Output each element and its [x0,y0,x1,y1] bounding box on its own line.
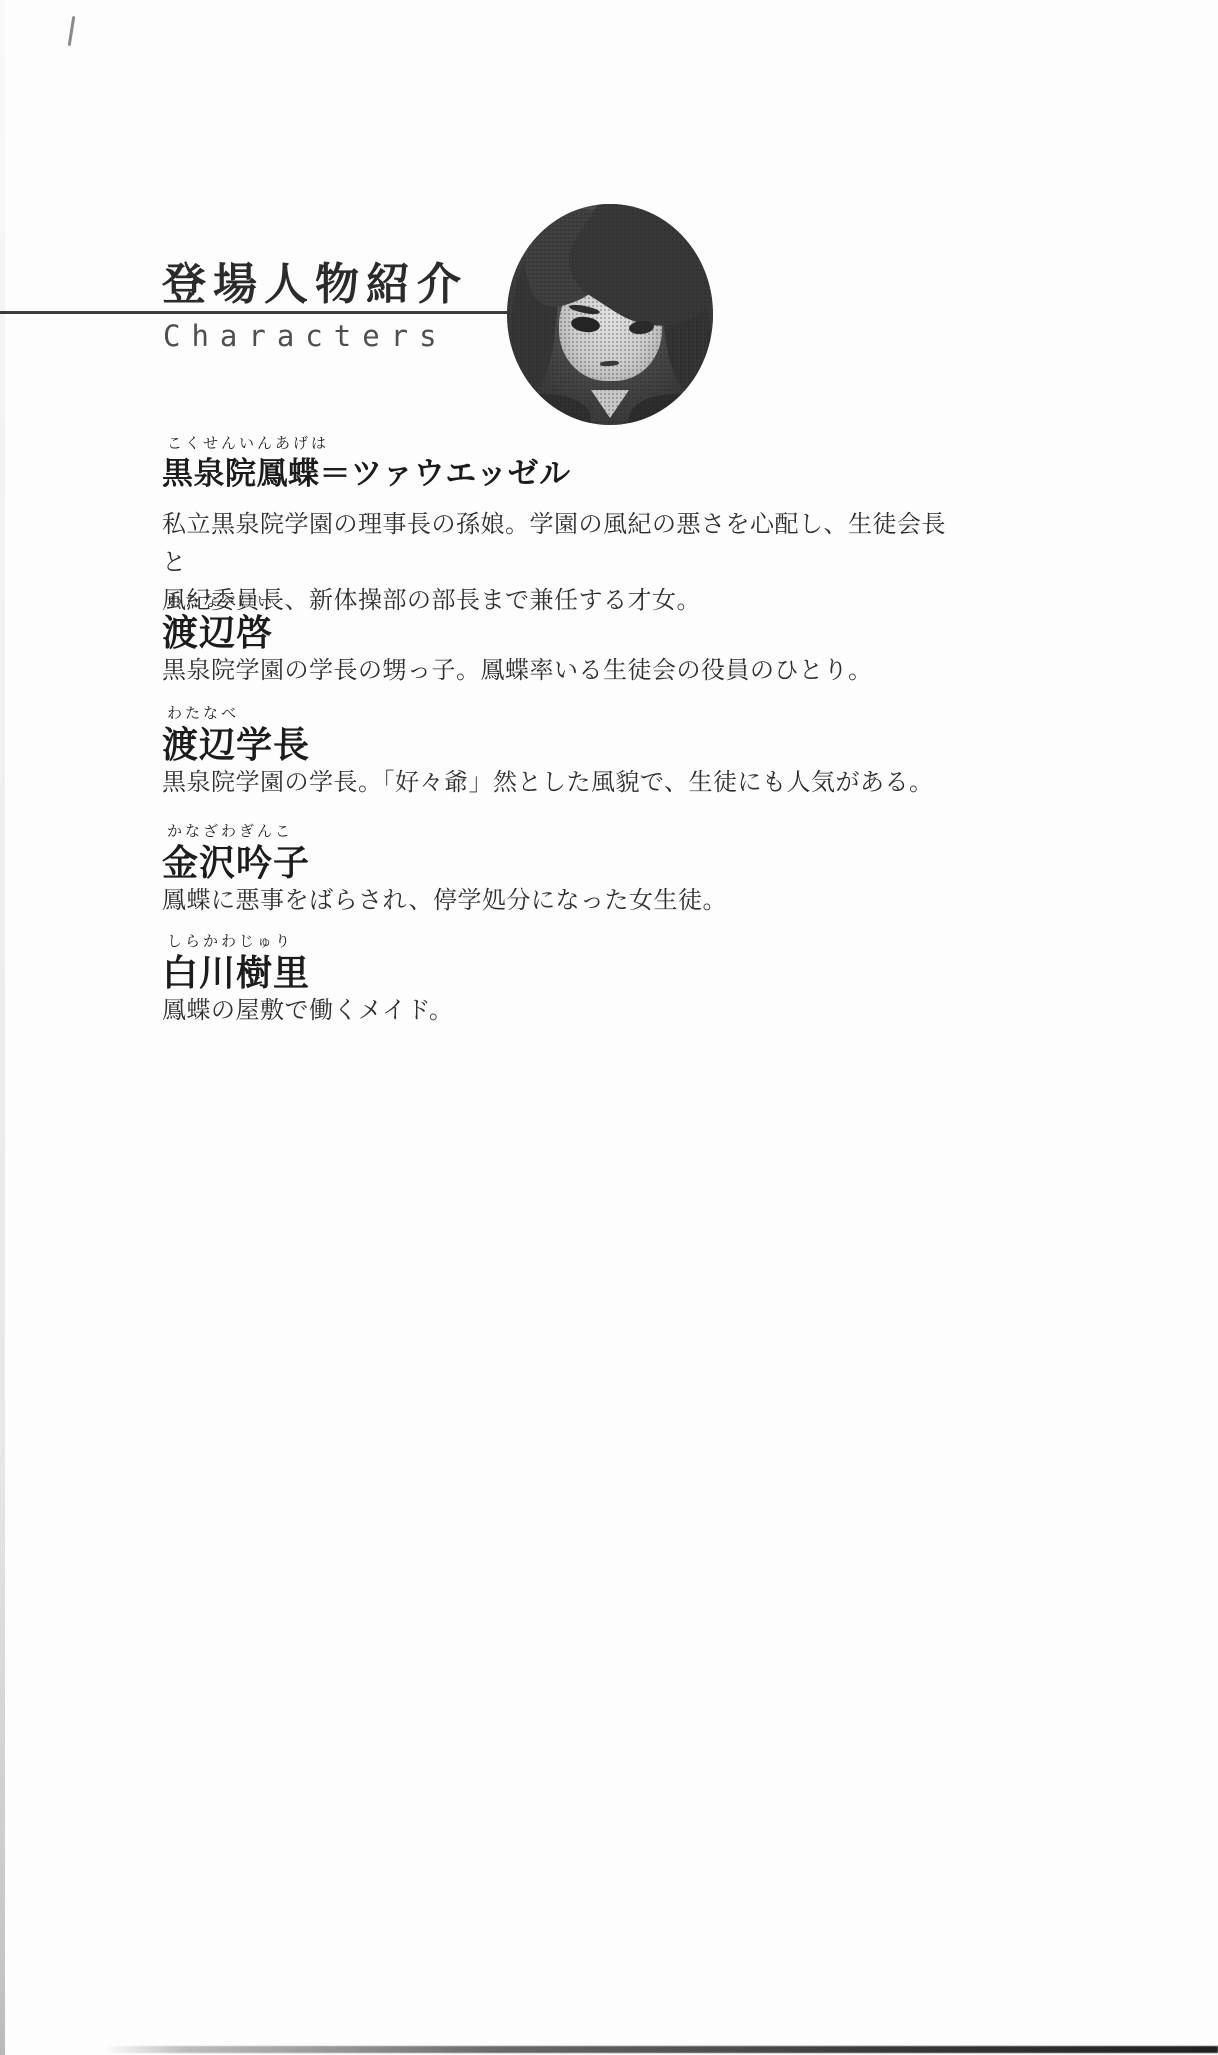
character-description: 私立黒泉院学園の理事長の孫娘。学園の風紀の悪さを心配し、生徒会長と 風紀委員長、… [162,506,952,620]
character-name: 金沢吟子 [162,835,310,886]
character-name: 白川樹里 [162,945,310,996]
scan-left-edge-shadow [0,0,5,2055]
character-description: 黒泉院学園の学長。「好々爺」然とした風貌で、生徒にも人気がある。 [162,764,952,802]
character-name: 黒泉院鳳蝶＝ツァウエッゼル [162,448,571,493]
character-name: 渡辺学長 [162,717,310,768]
character-description: 黒泉院学園の学長の甥っ子。鳳蝶率いる生徒会の役員のひとり。 [162,652,952,690]
character-description: 鳳蝶の屋敷で働くメイド。 [162,992,952,1030]
character-description: 鳳蝶に悪事をばらされ、停学処分になった女生徒。 [162,882,952,920]
page-subtitle: Characters [163,319,448,353]
scanned-book-page: 登場人物紹介 Characters こくせんいんあげは 黒泉院鳳蝶＝ツァウエッゼ… [0,0,1218,2055]
character-portrait [507,204,713,425]
character-name: 渡辺啓 [162,605,273,656]
scan-speck [68,16,76,46]
title-rule [0,311,509,314]
page-title: 登場人物紹介 [162,248,468,312]
scan-bottom-edge-shadow [105,2046,1218,2053]
portrait-halftone-texture [507,204,713,425]
